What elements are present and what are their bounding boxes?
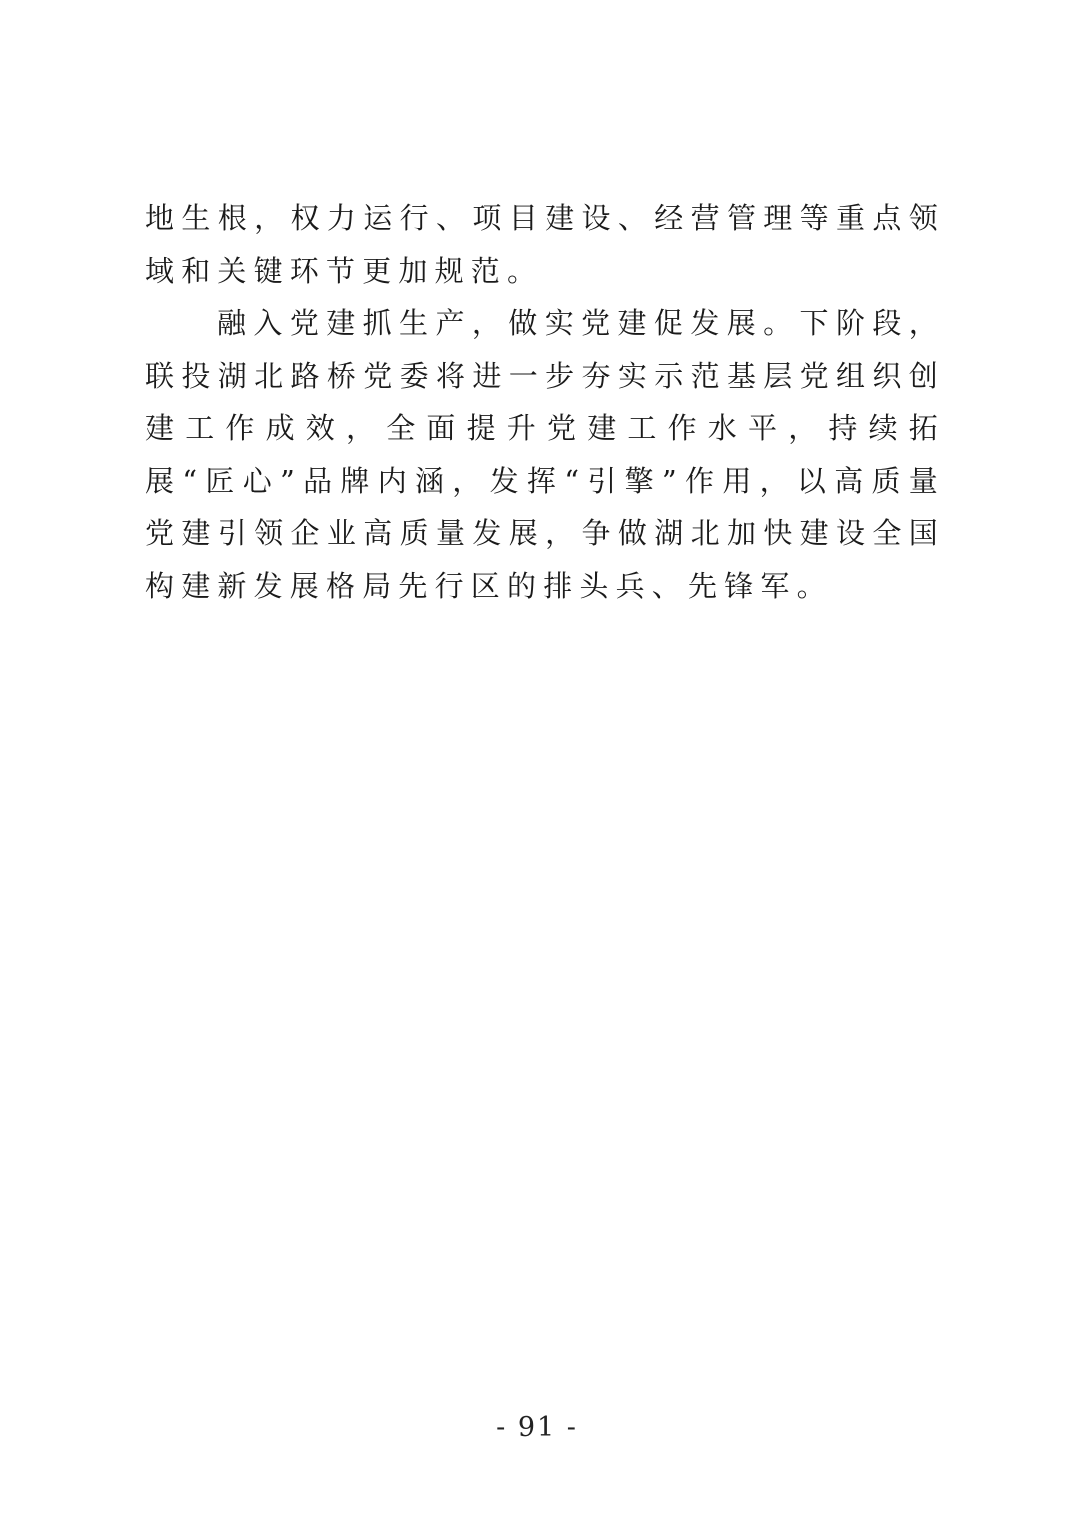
document-page: 地生根，权力运行、项目建设、经营管理等重点领域和关键环节更加规范。 融入党建抓生… bbox=[0, 0, 1074, 1520]
paragraph-party-building: 融入党建抓生产，做实党建促发展。下阶段，联投湖北路桥党委将进一步夯实示范基层党组… bbox=[145, 297, 945, 612]
body-text: 地生根，权力运行、项目建设、经营管理等重点领域和关键环节更加规范。 融入党建抓生… bbox=[145, 192, 945, 612]
page-number: - 91 - bbox=[0, 1410, 1074, 1446]
paragraph-continuation: 地生根，权力运行、项目建设、经营管理等重点领域和关键环节更加规范。 bbox=[145, 192, 945, 297]
